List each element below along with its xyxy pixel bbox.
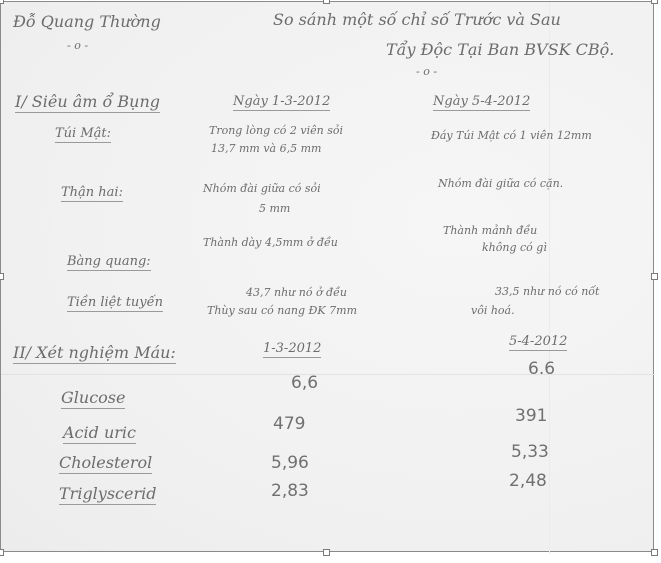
bladder-after-2: không có gì bbox=[482, 242, 547, 253]
bladder-after-1: Thành mảnh đều bbox=[443, 225, 537, 236]
prostate-before-2: Thùy sau có nang ĐK 7mm bbox=[207, 305, 357, 316]
resize-handle-top-left[interactable] bbox=[0, 0, 4, 4]
title-mark: - o - bbox=[416, 66, 437, 77]
document-title-line2: Tẩy Độc Tại Ban BVSK CBộ. bbox=[386, 42, 614, 58]
glucose-before: 6,6 bbox=[291, 375, 318, 392]
uric-acid-before: 479 bbox=[273, 416, 305, 433]
uric-acid-after: 391 bbox=[515, 408, 547, 425]
section2-date-after: 5-4-2012 bbox=[509, 335, 567, 351]
prostate-before-1: 43,7 như nó ở đều bbox=[246, 287, 347, 298]
resize-handle-top[interactable] bbox=[323, 0, 330, 4]
section2-date-before: 1-3-2012 bbox=[263, 342, 321, 358]
resize-handle-bottom[interactable] bbox=[323, 549, 330, 556]
row-label-gallbladder: Túi Mật: bbox=[55, 127, 111, 143]
resize-handle-top-right[interactable] bbox=[651, 0, 658, 4]
section1-heading: I/ Siêu âm ổ Bụng bbox=[15, 94, 160, 113]
resize-handle-bottom-left[interactable] bbox=[0, 549, 4, 556]
row-label-uric-acid: Acid uric bbox=[63, 425, 136, 444]
section1-date-before: Ngày 1-3-2012 bbox=[233, 95, 330, 111]
row-label-cholesterol: Cholesterol bbox=[59, 455, 152, 474]
paper-fold bbox=[549, 2, 550, 554]
kidney-before-2: 5 mm bbox=[259, 203, 290, 214]
gallbladder-before-2: 13,7 mm và 6,5 mm bbox=[211, 143, 321, 154]
scanned-document-image[interactable]: Đỗ Quang Thường - o - So sánh một số chỉ… bbox=[0, 1, 654, 552]
row-label-triglyceride: Triglyscerid bbox=[59, 486, 156, 505]
kidney-after-1: Nhóm đài giữa có cặn. bbox=[438, 178, 563, 189]
section1-date-after: Ngày 5-4-2012 bbox=[433, 95, 530, 111]
resize-handle-left[interactable] bbox=[0, 273, 4, 280]
kidney-before-1: Nhóm đài giữa có sỏi bbox=[203, 183, 321, 194]
row-label-glucose: Glucose bbox=[61, 390, 125, 409]
gallbladder-after-1: Đáy Túi Mật có 1 viên 12mm bbox=[431, 130, 592, 141]
bladder-before-1: Thành dày 4,5mm ở đều bbox=[203, 237, 338, 248]
prostate-after-1: 33,5 như nó có nốt bbox=[495, 286, 599, 297]
resize-handle-right[interactable] bbox=[651, 273, 658, 280]
row-label-prostate: Tiền liệt tuyến bbox=[67, 296, 163, 312]
row-label-kidney: Thận hai: bbox=[61, 186, 123, 202]
prostate-after-2: vôi hoá. bbox=[471, 305, 515, 316]
triglyceride-after: 2,48 bbox=[509, 473, 547, 490]
section2-heading: II/ Xét nghiệm Máu: bbox=[13, 345, 176, 364]
resize-handle-bottom-right[interactable] bbox=[651, 549, 658, 556]
cholesterol-after: 5,33 bbox=[511, 444, 549, 461]
glucose-after: 6.6 bbox=[528, 361, 555, 378]
gallbladder-before-1: Trong lòng có 2 viên sỏi bbox=[209, 125, 343, 136]
row-label-bladder: Bàng quang: bbox=[67, 255, 151, 271]
author-mark: - o - bbox=[67, 40, 88, 51]
cholesterol-before: 5,96 bbox=[271, 455, 309, 472]
paper-fold bbox=[1, 374, 655, 375]
document-title-line1: So sánh một số chỉ số Trước và Sau bbox=[273, 12, 561, 28]
triglyceride-before: 2,83 bbox=[271, 483, 309, 500]
author-name: Đỗ Quang Thường bbox=[13, 14, 161, 30]
